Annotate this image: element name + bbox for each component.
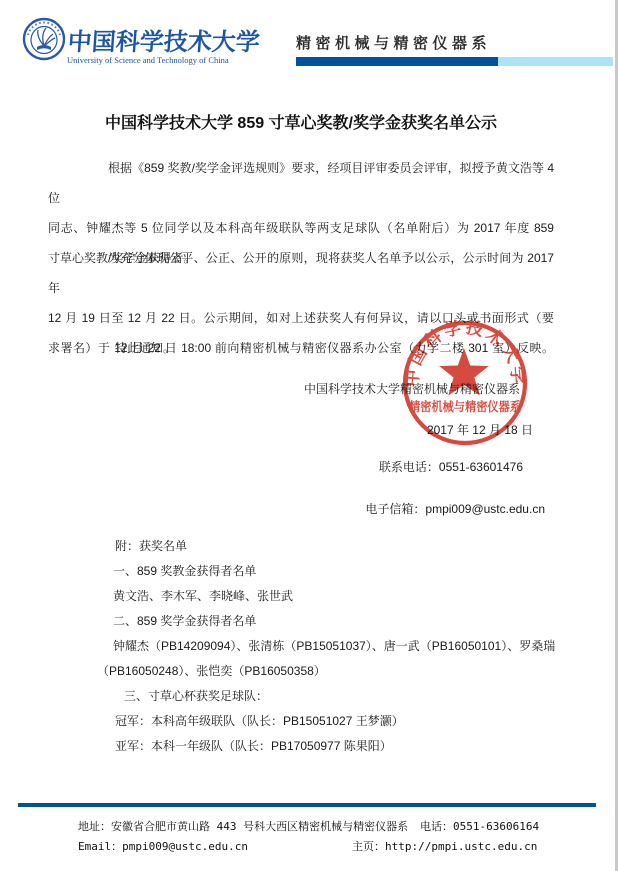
award-section-2-names: 钟耀杰（PB14209094）、张清栋（PB15051037）、唐一武（PB16… <box>113 634 618 659</box>
award-champion: 冠军：本科高年级联队（队长：PB15051027 王梦灏） <box>115 709 618 734</box>
university-name-en: University of Science and Technology of … <box>67 55 267 65</box>
footer-homepage: 主页：http://pmpi.ustc.edu.cn <box>352 838 537 854</box>
award-section-3-title: 三、寸草心杯获奖足球队： <box>124 684 618 709</box>
footer-email: Email：pmpi009@ustc.edu.cn <box>78 838 248 854</box>
award-section-2-title: 二、859 奖学金获得者名单 <box>113 609 618 634</box>
official-seal-stamp: 中国科学技术大学 精密机械与精密仪器系 <box>398 316 532 450</box>
seal-bottom-text: 精密机械与精密仪器系 <box>408 399 521 414</box>
ustc-logo-icon <box>22 17 66 61</box>
award-section-1-title: 一、859 奖教金获得者名单 <box>113 559 618 584</box>
appendix-award-list: 附：获奖名单 一、859 奖教金获得者名单 黄文浩、李木军、李晓峰、张世武 二、… <box>0 534 618 759</box>
paragraph-line: 为充分体现公平、公正、公开的原则，现将获奖人名单予以公示，公示时间为 2017 … <box>48 243 554 303</box>
header-bar-light <box>498 57 613 66</box>
document-page: 中国科学技术大学 University of Science and Techn… <box>0 0 618 871</box>
award-section-2-names-cont: （PB16050248）、张恺奕（PB16050358） <box>97 659 618 684</box>
paragraph-line: 同志、钟耀杰等 5 位同学以及本科高年级联队等两支足球队（名单附后）为 2017… <box>48 213 554 243</box>
contact-phone: 联系电话：0551-63601476 <box>48 452 554 482</box>
award-runner-up: 亚军：本科一年级队（队长：PB17050977 陈果阳） <box>115 734 618 759</box>
award-section-1-names: 黄文浩、李木军、李晓峰、张世武 <box>113 584 618 609</box>
paragraph-line: 根据《859 奖教/奖学金评选规则》要求，经项目评审委员会评审，拟授予黄文浩等 … <box>48 153 554 213</box>
university-name-cn: 中国科学技术大学 <box>67 22 259 57</box>
notice-line: 特此通知。 <box>115 333 175 363</box>
footer-phone: 电话：0551-63606164 <box>420 818 539 834</box>
page-title: 中国科学技术大学 859 寸草心奖教/奖学金获奖名单公示 <box>48 110 554 133</box>
appendix-heading: 附：获奖名单 <box>115 534 618 559</box>
contact-email: 电子信箱：pmpi009@ustc.edu.cn <box>48 494 554 524</box>
footer-address: 地址：安徽省合肥市黄山路 443 号科大西区精密机械与精密仪器系 <box>78 818 408 834</box>
header-bar-dark <box>296 57 498 66</box>
seal-star-icon <box>439 348 489 396</box>
department-name: 精密机械与精密仪器系 <box>296 32 491 53</box>
footer-divider <box>18 803 596 807</box>
